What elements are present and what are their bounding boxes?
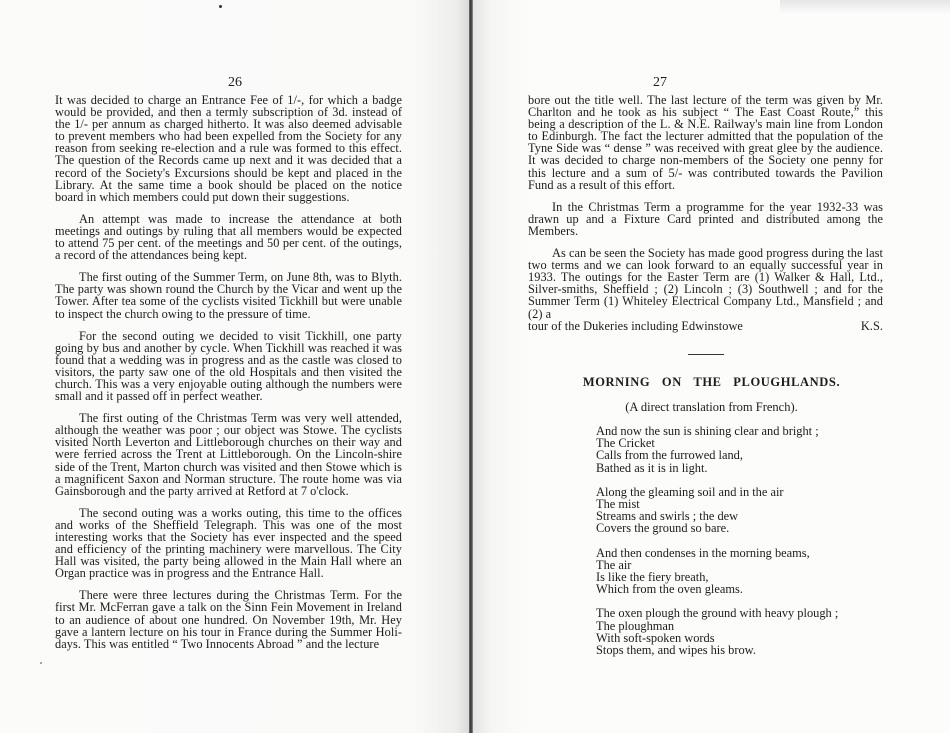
- book-spread: 26 It was decided to charge an Entrance …: [0, 0, 950, 733]
- poem-body: And now the sun is shining clear and bri…: [596, 425, 896, 668]
- poem-subtitle: (A direct translation from French).: [473, 400, 950, 415]
- closing-line: tour of the Dukeries including Edwinstow…: [528, 320, 883, 332]
- paragraph: The first outing of the Christmas Term w…: [55, 412, 402, 497]
- ink-speck: [40, 662, 42, 664]
- section-divider: [688, 354, 724, 355]
- paragraph: The second outing was a works outing, th…: [55, 507, 402, 580]
- left-page: 26 It was decided to charge an Entrance …: [0, 0, 470, 733]
- left-page-body: It was decided to charge an Entrance Fee…: [55, 94, 402, 660]
- poem-line: The oxen plough the ground with heavy pl…: [596, 607, 896, 619]
- page-edge-shadow: [780, 0, 950, 14]
- paragraph: The first outing of the Summer Term, on …: [55, 271, 402, 319]
- paragraph: There were three lectures during the Chr…: [55, 589, 402, 649]
- page-number-right: 27: [640, 75, 680, 91]
- paragraph: bore out the title well. The last lectur…: [528, 94, 883, 191]
- author-signature: K.S.: [861, 320, 883, 332]
- poem-stanza: And now the sun is shining clear and bri…: [596, 425, 896, 474]
- poem-stanza: Along the gleaming soil and in the air T…: [596, 486, 896, 535]
- paragraph: In the Christmas Term a programme for th…: [528, 201, 883, 237]
- page-number-left: 26: [215, 75, 255, 91]
- poem-stanza: The oxen plough the ground with heavy pl…: [596, 607, 896, 656]
- paragraph: An attempt was made to increase the atte…: [55, 213, 402, 261]
- ink-speck: [219, 5, 222, 8]
- poem-line: The ploughman: [596, 620, 896, 632]
- poem-line: Bathed as it is in light.: [596, 462, 896, 474]
- poem-line: Covers the ground so bare.: [596, 522, 896, 534]
- poem-title: MORNING ON THE PLOUGHLANDS.: [473, 375, 950, 390]
- poem-line: And then condenses in the morning beams,: [596, 547, 896, 559]
- poem-stanza: And then condenses in the morning beams,…: [596, 547, 896, 596]
- closing-text: tour of the Dukeries including Edwinstow…: [528, 320, 743, 332]
- paragraph: For the second outing we decided to visi…: [55, 330, 402, 403]
- poem-line: Calls from the furrowed land,: [596, 449, 896, 461]
- poem-line: Along the gleaming soil and in the air: [596, 486, 896, 498]
- right-page-body: bore out the title well. The last lectur…: [528, 94, 883, 355]
- poem-line: Stops them, and wipes his brow.: [596, 644, 896, 656]
- paragraph: It was decided to charge an Entrance Fee…: [55, 94, 402, 203]
- paragraph: As can be seen the Society has made good…: [528, 247, 883, 320]
- poem-line: Which from the oven gleams.: [596, 583, 896, 595]
